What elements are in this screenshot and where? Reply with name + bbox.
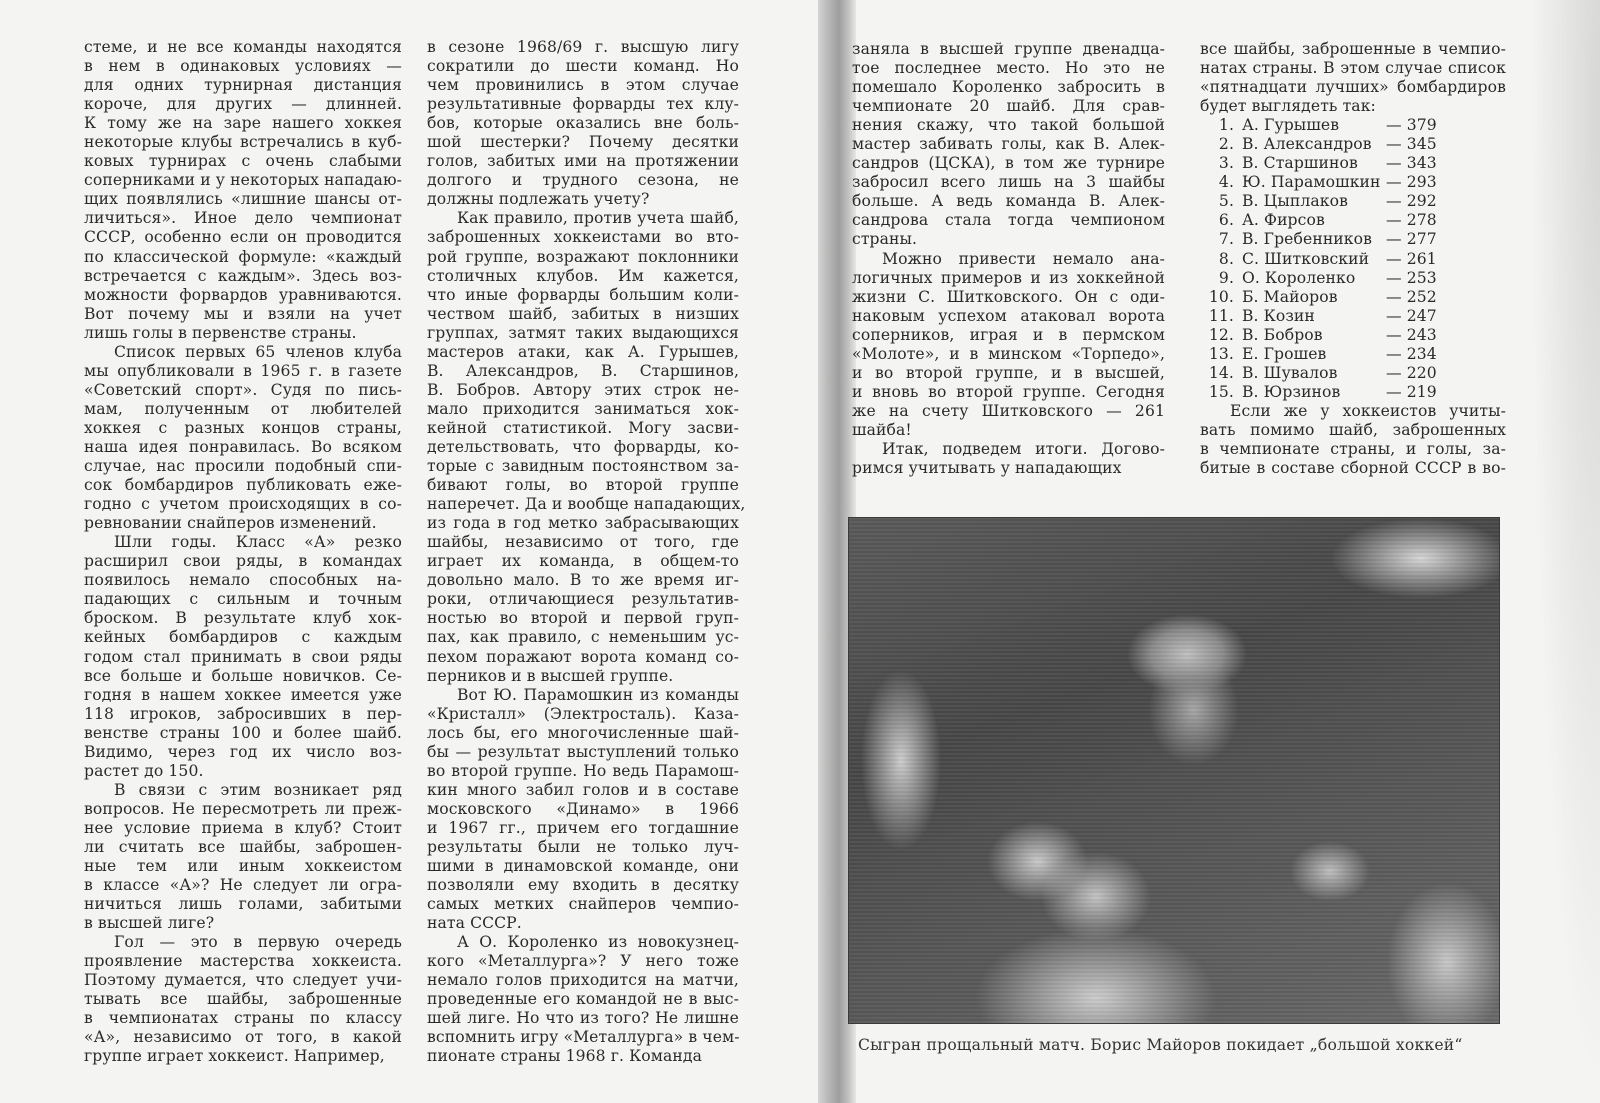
text-line: «Советский спорт». Судя по пись-	[84, 381, 402, 400]
text-line: и 1967 гг., причем его тогдашние	[427, 819, 739, 838]
text-line: нее условие приема в клуб? Стоит	[84, 819, 402, 838]
text-line: детельствовать, что форварды, ко-	[427, 438, 739, 457]
text-line: римся учитывать у нападающих	[852, 459, 1165, 478]
text-line: лось бы, его многочисленные шай-	[427, 724, 739, 743]
text-line: 118 игроков, забросивших в пер-	[84, 705, 402, 724]
text-line: вопросов. Не пересмотреть ли преж-	[84, 800, 402, 819]
text-line: группах, затмят таких выдающихся	[427, 324, 739, 343]
scorer-goals: — 261	[1386, 250, 1446, 269]
paragraph: Шли годы. Класс «А» резкорасширил свои р…	[84, 533, 402, 781]
text-line: по классической формуле: «каждый	[84, 248, 402, 267]
text-line: мам, полученным от любителей	[84, 400, 402, 419]
page-edge-shadow	[1530, 0, 1600, 1103]
hockey-photo	[848, 517, 1500, 1024]
text-line: наперечет. Да и вообще нападающих,	[427, 495, 739, 514]
text-line: тывать все шайбы, заброшенные	[84, 990, 402, 1009]
text-line: больше. А ведь команда В. Алек-	[852, 192, 1165, 211]
text-line: «Молоте», и в минском «Торпедо»,	[852, 345, 1165, 364]
scorer-name: В. Шувалов	[1242, 364, 1386, 383]
photo-caption: Сыгран прощальный матч. Борис Майоров по…	[858, 1036, 1498, 1055]
text-line: наша идея понравилась. Во всяком	[84, 438, 402, 457]
text-line: растет до 150.	[84, 762, 402, 781]
text-line: ревновании снайперов изменений.	[84, 514, 402, 533]
text-line: А О. Короленко из новокузнец-	[427, 933, 739, 952]
text-line: СССР, особенно если он проводится	[84, 228, 402, 247]
scorer-rank: 4.	[1200, 173, 1242, 192]
text-line: же на счету Шитковского — 261	[852, 402, 1165, 421]
scorer-row: 7.В. Гребенников— 277	[1200, 230, 1506, 249]
scorer-row: 13.Е. Грошев— 234	[1200, 345, 1506, 364]
text-line: падающих с сильным и точным	[84, 590, 402, 609]
scorer-row: 15.В. Юрзинов— 219	[1200, 383, 1506, 402]
magazine-spread: стеме, и не все команды находятсяв нем в…	[0, 0, 1600, 1103]
scorer-goals: — 343	[1386, 154, 1446, 173]
text-line: Вот Ю. Парамошкин из команды	[427, 686, 739, 705]
scorers-intro-paragraph: все шайбы, заброшенные в чемпио-натах ст…	[1200, 40, 1506, 116]
text-line: некоторые клубы встречались в куб-	[84, 133, 402, 152]
text-line: помешало Короленко забросить в	[852, 78, 1165, 97]
paragraph: Как правило, против учета шайб,заброшенн…	[427, 209, 739, 685]
text-line: будет выглядеть так:	[1200, 97, 1506, 116]
text-line: заняла в высшей группе двенадца-	[852, 40, 1165, 59]
text-line: можности форвардов уравниваются.	[84, 286, 402, 305]
paragraph: в сезоне 1968/69 г. высшую лигусократили…	[427, 38, 739, 209]
text-line: ната СССР.	[427, 914, 739, 933]
scorer-name: С. Шитковский	[1242, 250, 1386, 269]
text-line: проявление мастерства хоккеиста.	[84, 952, 402, 971]
text-line: заброшенных хоккеистами во вто-	[427, 228, 739, 247]
text-line: торые с завидным постоянством за-	[427, 457, 739, 476]
scorer-row: 2.В. Александров— 345	[1200, 135, 1506, 154]
scorer-row: 14.В. Шувалов— 220	[1200, 364, 1506, 383]
text-line: Список первых 65 членов клуба	[84, 343, 402, 362]
top-scorers-list: 1.А. Гурышев— 3792.В. Александров— 3453.…	[1200, 116, 1506, 402]
text-line: голов, забитых ими на протяжении	[427, 152, 739, 171]
text-line: кейных бомбардиров с каждым	[84, 628, 402, 647]
text-line: все больше и больше новичков. Се-	[84, 667, 402, 686]
text-line: роки, отличающиеся результатив-	[427, 590, 739, 609]
text-line: «А», независимо от того, в какой	[84, 1028, 402, 1047]
scorer-name: В. Гребенников	[1242, 230, 1386, 249]
text-line: лишь голы в первенстве страны.	[84, 324, 402, 343]
text-line: Итак, подведем итоги. Догово-	[852, 440, 1165, 459]
scorer-name: Б. Майоров	[1242, 288, 1386, 307]
scorer-rank: 3.	[1200, 154, 1242, 173]
right-page-column-1: заняла в высшей группе двенадца-тое посл…	[852, 40, 1165, 478]
scorer-row: 1.А. Гурышев— 379	[1200, 116, 1506, 135]
text-line: кейной статистикой. Могу засви-	[427, 419, 739, 438]
scorer-goals: — 277	[1386, 230, 1446, 249]
text-line: щих появлялись «лишние шансы от-	[84, 190, 402, 209]
scorer-name: Е. Грошев	[1242, 345, 1386, 364]
scorer-name: В. Старшинов	[1242, 154, 1386, 173]
text-line: что иные форварды большим коли-	[427, 286, 739, 305]
scorer-rank: 1.	[1200, 116, 1242, 135]
paragraph: стеме, и не все команды находятсяв нем в…	[84, 38, 402, 343]
text-line: венстве страны 100 и более шайб.	[84, 724, 402, 743]
scorer-name: В. Цыплаков	[1242, 192, 1386, 211]
text-line: сандров (ЦСКА), в том же турнире	[852, 154, 1165, 173]
scorer-row: 9.О. Короленко— 253	[1200, 269, 1506, 288]
paragraph: Можно привести немало ана-логичных приме…	[852, 250, 1165, 440]
paragraph: Гол — это в первую очередьпроявление мас…	[84, 933, 402, 1066]
scorer-goals: — 234	[1386, 345, 1446, 364]
scorer-rank: 11.	[1200, 307, 1242, 326]
text-line: мастеров атаки, как А. Гурышев,	[427, 343, 739, 362]
scorer-rank: 7.	[1200, 230, 1242, 249]
text-line: тое последнее место. Но это не	[852, 59, 1165, 78]
text-line: вспомнить игру «Металлурга» в чем-	[427, 1028, 739, 1047]
scorer-row: 6.А. Фирсов— 278	[1200, 211, 1506, 230]
text-line: ностью во второй и первой груп-	[427, 609, 739, 628]
text-line: мало приходится заниматься хок-	[427, 400, 739, 419]
text-line: шими в динамовской команде, они	[427, 857, 739, 876]
text-line: для одних турнирная дистанция	[84, 76, 402, 95]
scorer-row: 3.В. Старшинов— 343	[1200, 154, 1506, 173]
scorer-rank: 12.	[1200, 326, 1242, 345]
text-line: бов, которые оказались вне боль-	[427, 114, 739, 133]
scorer-goals: — 292	[1386, 192, 1446, 211]
text-line: играет их команда, в общем-то	[427, 552, 739, 571]
left-page-column-1: стеме, и не все команды находятсяв нем в…	[84, 38, 402, 1067]
scorer-goals: — 293	[1386, 173, 1446, 192]
scorer-rank: 5.	[1200, 192, 1242, 211]
text-line: пионате страны 1968 г. Команда	[427, 1047, 739, 1066]
text-line: Вот почему мы и взяли на учет	[84, 305, 402, 324]
text-line: Можно привести немало ана-	[852, 250, 1165, 269]
scorer-goals: — 278	[1386, 211, 1446, 230]
text-line: соперниками и у некоторых нападаю-	[84, 171, 402, 190]
text-line: страны.	[852, 230, 1165, 249]
text-line: в классе «А»? Не следует ли огра-	[84, 876, 402, 895]
text-line: К тому же на заре нашего хоккея	[84, 114, 402, 133]
text-line: чеством шайб, забитых в низших	[427, 305, 739, 324]
text-line: сок бомбардиров публиковать еже-	[84, 476, 402, 495]
scorer-row: 5.В. Цыплаков— 292	[1200, 192, 1506, 211]
text-line: Поэтому думается, что следует учи-	[84, 971, 402, 990]
text-line: позволяли ему входить в десятку	[427, 876, 739, 895]
text-line: В. Александров, В. Старшинов,	[427, 362, 739, 381]
text-line: Если же у хоккеистов учиты-	[1200, 402, 1506, 421]
scorer-name: В. Козин	[1242, 307, 1386, 326]
text-line: В. Бобров. Автору этих строк не-	[427, 381, 739, 400]
text-line: хоккея с разных концов страны,	[84, 419, 402, 438]
text-line: кин много забил голов и в составе	[427, 781, 739, 800]
scorer-row: 10.Б. Майоров— 252	[1200, 288, 1506, 307]
scorer-name: Ю. Парамошкин	[1242, 173, 1386, 192]
scorer-row: 4.Ю. Парамошкин— 293	[1200, 173, 1506, 192]
text-line: шой шестерки? Почему десятки	[427, 133, 739, 152]
paragraph: заняла в высшей группе двенадца-тое посл…	[852, 40, 1165, 250]
text-line: натах страны. В этом случае список	[1200, 59, 1506, 78]
scorer-row: 8.С. Шитковский— 261	[1200, 250, 1506, 269]
scorer-name: А. Фирсов	[1242, 211, 1386, 230]
text-line: стеме, и не все команды находятся	[84, 38, 402, 57]
scorer-row: 12.В. Бобров— 243	[1200, 326, 1506, 345]
text-line: немало голов приходится на матчи,	[427, 971, 739, 990]
text-line: столичных клубов. Им кажется,	[427, 267, 739, 286]
text-line: из года в год метко забрасывающих	[427, 514, 739, 533]
scorer-name: В. Бобров	[1242, 326, 1386, 345]
scorer-goals: — 243	[1386, 326, 1446, 345]
paragraph: Итак, подведем итоги. Догово-римся учиты…	[852, 440, 1165, 478]
text-line: самых метких снайперов чемпио-	[427, 895, 739, 914]
text-line: во второй группе. Но ведь Парамош-	[427, 762, 739, 781]
scorer-goals: — 345	[1386, 135, 1446, 154]
text-line: Шли годы. Класс «А» резко	[84, 533, 402, 552]
scorer-rank: 10.	[1200, 288, 1242, 307]
scorer-goals: — 219	[1386, 383, 1446, 402]
text-line: броском. В результате клуб хок-	[84, 609, 402, 628]
text-line: группе играет хоккеист. Например,	[84, 1047, 402, 1066]
text-line: ли считать все шайбы, заброшен-	[84, 838, 402, 857]
scorer-rank: 14.	[1200, 364, 1242, 383]
text-line: логичных примеров и из хоккейной	[852, 269, 1165, 288]
scorer-goals: — 252	[1386, 288, 1446, 307]
scorer-goals: — 379	[1386, 116, 1446, 135]
scorer-name: О. Короленко	[1242, 269, 1386, 288]
text-line: бивают голы, во второй группе	[427, 476, 739, 495]
text-line: проведенные его командой не в выс-	[427, 990, 739, 1009]
text-line: кого «Металлурга»? У него тоже	[427, 952, 739, 971]
scorer-name: В. Александров	[1242, 135, 1386, 154]
text-line: ковых турнирах с очень слабыми	[84, 152, 402, 171]
text-line: забросил всего лишь на 3 шайбы	[852, 173, 1165, 192]
text-line: появилось немало способных на-	[84, 571, 402, 590]
text-line: короче, для других — длинней.	[84, 95, 402, 114]
scorer-rank: 13.	[1200, 345, 1242, 364]
text-line: «пятнадцати лучших» бомбардиров	[1200, 78, 1506, 97]
text-line: в высшей лиге?	[84, 914, 402, 933]
text-line: бы — результат выступлений только	[427, 743, 739, 762]
scorer-name: В. Юрзинов	[1242, 383, 1386, 402]
text-line: личиться». Иное дело чемпионат	[84, 209, 402, 228]
text-line: перников и в высшей группе.	[427, 667, 739, 686]
text-line: долгого и трудного сезона, не	[427, 171, 739, 190]
scorers-outro-paragraph: Если же у хоккеистов учиты-вать помимо ш…	[1200, 402, 1506, 478]
text-line: в нем в одинаковых условиях —	[84, 57, 402, 76]
text-line: довольно мало. В то же время иг-	[427, 571, 739, 590]
paragraph: Список первых 65 членов клубамы опублико…	[84, 343, 402, 533]
text-line: и вновь во второй группе. Сегодня	[852, 383, 1165, 402]
text-line: пехом поражают ворота команд со-	[427, 648, 739, 667]
text-line: случае, нас просили подобный спи-	[84, 457, 402, 476]
left-page-column-2: в сезоне 1968/69 г. высшую лигусократили…	[427, 38, 739, 1067]
right-page-column-2: все шайбы, заброшенные в чемпио-натах ст…	[1200, 40, 1506, 478]
scorer-rank: 9.	[1200, 269, 1242, 288]
text-line: московского «Динамо» в 1966	[427, 800, 739, 819]
text-line: битые в составе сборной СССР в во-	[1200, 459, 1506, 478]
scorer-rank: 8.	[1200, 250, 1242, 269]
scorer-goals: — 247	[1386, 307, 1446, 326]
text-line: мастер забивать голы, как В. Алек-	[852, 135, 1165, 154]
text-line: встречается с каждым». Здесь воз-	[84, 267, 402, 286]
text-line: сократили до шести команд. Но	[427, 57, 739, 76]
text-line: расширил свои ряды, в командах	[84, 552, 402, 571]
text-line: в чемпионате страны, и голы, за-	[1200, 440, 1506, 459]
text-line: годня в нашем хоккее имеется уже	[84, 686, 402, 705]
text-line: ные тем или иным хоккеистом	[84, 857, 402, 876]
text-line: чемпионате 20 шайб. Для срав-	[852, 97, 1165, 116]
scorer-rank: 2.	[1200, 135, 1242, 154]
text-line: годом стал принимать в свои ряды	[84, 648, 402, 667]
text-line: Гол — это в первую очередь	[84, 933, 402, 952]
scorer-rank: 6.	[1200, 211, 1242, 230]
scorer-name: А. Гурышев	[1242, 116, 1386, 135]
text-line: в сезоне 1968/69 г. высшую лигу	[427, 38, 739, 57]
scorer-rank: 15.	[1200, 383, 1242, 402]
text-line: сандрова стала тогда чемпионом	[852, 211, 1165, 230]
text-line: ничиться лишь голами, забитыми	[84, 895, 402, 914]
text-line: все шайбы, заброшенные в чемпио-	[1200, 40, 1506, 59]
text-line: «Кристалл» (Электросталь). Каза-	[427, 705, 739, 724]
paragraph: Вот Ю. Парамошкин из команды«Кристалл» (…	[427, 686, 739, 934]
paragraph: В связи с этим возникает рядвопросов. Не…	[84, 781, 402, 933]
text-line: в чемпионатах страны по классу	[84, 1009, 402, 1028]
text-line: результативные форварды тех клу-	[427, 95, 739, 114]
scorer-goals: — 253	[1386, 269, 1446, 288]
text-line: чем провинились в этом случае	[427, 76, 739, 95]
text-line: жизни С. Шитковского. Он с оди-	[852, 288, 1165, 307]
text-line: В связи с этим возникает ряд	[84, 781, 402, 800]
text-line: вать помимо шайб, заброшенных	[1200, 421, 1506, 440]
text-line: результаты были не только луч-	[427, 838, 739, 857]
text-line: шайбы, независимо от того, где	[427, 533, 739, 552]
text-line: должны подлежать учету?	[427, 190, 739, 209]
text-line: Как правило, против учета шайб,	[427, 209, 739, 228]
text-line: и во второй группе, и в высшей,	[852, 364, 1165, 383]
text-line: Видимо, через год их число воз-	[84, 743, 402, 762]
text-line: шайба!	[852, 421, 1165, 440]
text-line: пах, как правило, с неменьшим ус-	[427, 628, 739, 647]
paragraph: А О. Короленко из новокузнец-кого «Метал…	[427, 933, 739, 1066]
text-line: наковым успехом атаковал ворота	[852, 307, 1165, 326]
text-line: рой группе, возражают поклонники	[427, 248, 739, 267]
text-line: шей лиге. Но что из того? Не лишне	[427, 1009, 739, 1028]
scorer-goals: — 220	[1386, 364, 1446, 383]
text-line: годно с учетом происходящих в со-	[84, 495, 402, 514]
scorer-row: 11.В. Козин— 247	[1200, 307, 1506, 326]
text-line: нения скажу, что такой большой	[852, 116, 1165, 135]
text-line: мы опубликовали в 1965 г. в газете	[84, 362, 402, 381]
text-line: соперников, играя и в пермском	[852, 326, 1165, 345]
